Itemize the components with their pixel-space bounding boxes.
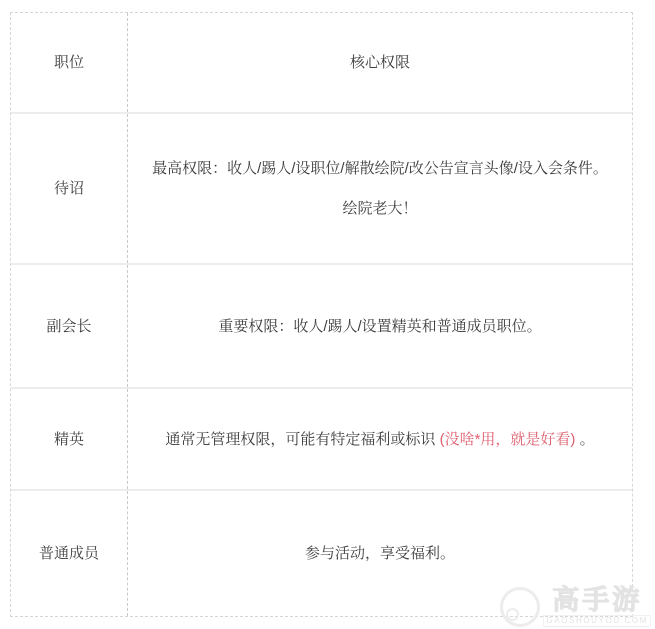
position-name: 精英 bbox=[11, 389, 128, 489]
permission-line: 参与活动，享受福利。 bbox=[305, 543, 455, 564]
permission-line: 通常无管理权限，可能有特定福利或标识 (没啥*用，就是好看) 。 bbox=[165, 429, 594, 450]
position-name: 待诏 bbox=[11, 114, 128, 263]
position-name: 普通成员 bbox=[11, 491, 128, 616]
permission-joke-note: (没啥*用，就是好看) bbox=[440, 431, 576, 448]
permission-text-suffix: 。 bbox=[575, 431, 594, 448]
header-position: 职位 bbox=[11, 13, 128, 112]
table-row: 副会长 重要权限：收人/踢人/设置精英和普通成员职位。 bbox=[11, 263, 632, 387]
permission-cell: 通常无管理权限，可能有特定福利或标识 (没啥*用，就是好看) 。 bbox=[128, 389, 632, 489]
guild-permissions-table: 职位 核心权限 待诏 最高权限：收人/踢人/设职位/解散绘院/改公告宣言头像/设… bbox=[10, 12, 633, 617]
table-row: 待诏 最高权限：收人/踢人/设职位/解散绘院/改公告宣言头像/设入会条件。 绘院… bbox=[11, 112, 632, 263]
table-row: 普通成员 参与活动，享受福利。 bbox=[11, 489, 632, 616]
position-name: 副会长 bbox=[11, 265, 128, 387]
permission-line: 重要权限：收人/踢人/设置精英和普通成员职位。 bbox=[218, 316, 541, 337]
table-header-row: 职位 核心权限 bbox=[11, 13, 632, 112]
permission-cell: 参与活动，享受福利。 bbox=[128, 491, 632, 616]
permission-line: 绘院老大！ bbox=[342, 198, 417, 219]
permission-text: 通常无管理权限，可能有特定福利或标识 bbox=[165, 431, 439, 448]
permission-cell: 最高权限：收人/踢人/设职位/解散绘院/改公告宣言头像/设入会条件。 绘院老大！ bbox=[128, 114, 632, 263]
header-core-permission: 核心权限 bbox=[128, 13, 632, 112]
permission-cell: 重要权限：收人/踢人/设置精英和普通成员职位。 bbox=[128, 265, 632, 387]
table-row: 精英 通常无管理权限，可能有特定福利或标识 (没啥*用，就是好看) 。 bbox=[11, 387, 632, 489]
permission-line: 最高权限：收人/踢人/设职位/解散绘院/改公告宣言头像/设入会条件。 bbox=[152, 158, 608, 179]
article-page: 职位 核心权限 待诏 最高权限：收人/踢人/设职位/解散绘院/改公告宣言头像/设… bbox=[0, 0, 655, 629]
